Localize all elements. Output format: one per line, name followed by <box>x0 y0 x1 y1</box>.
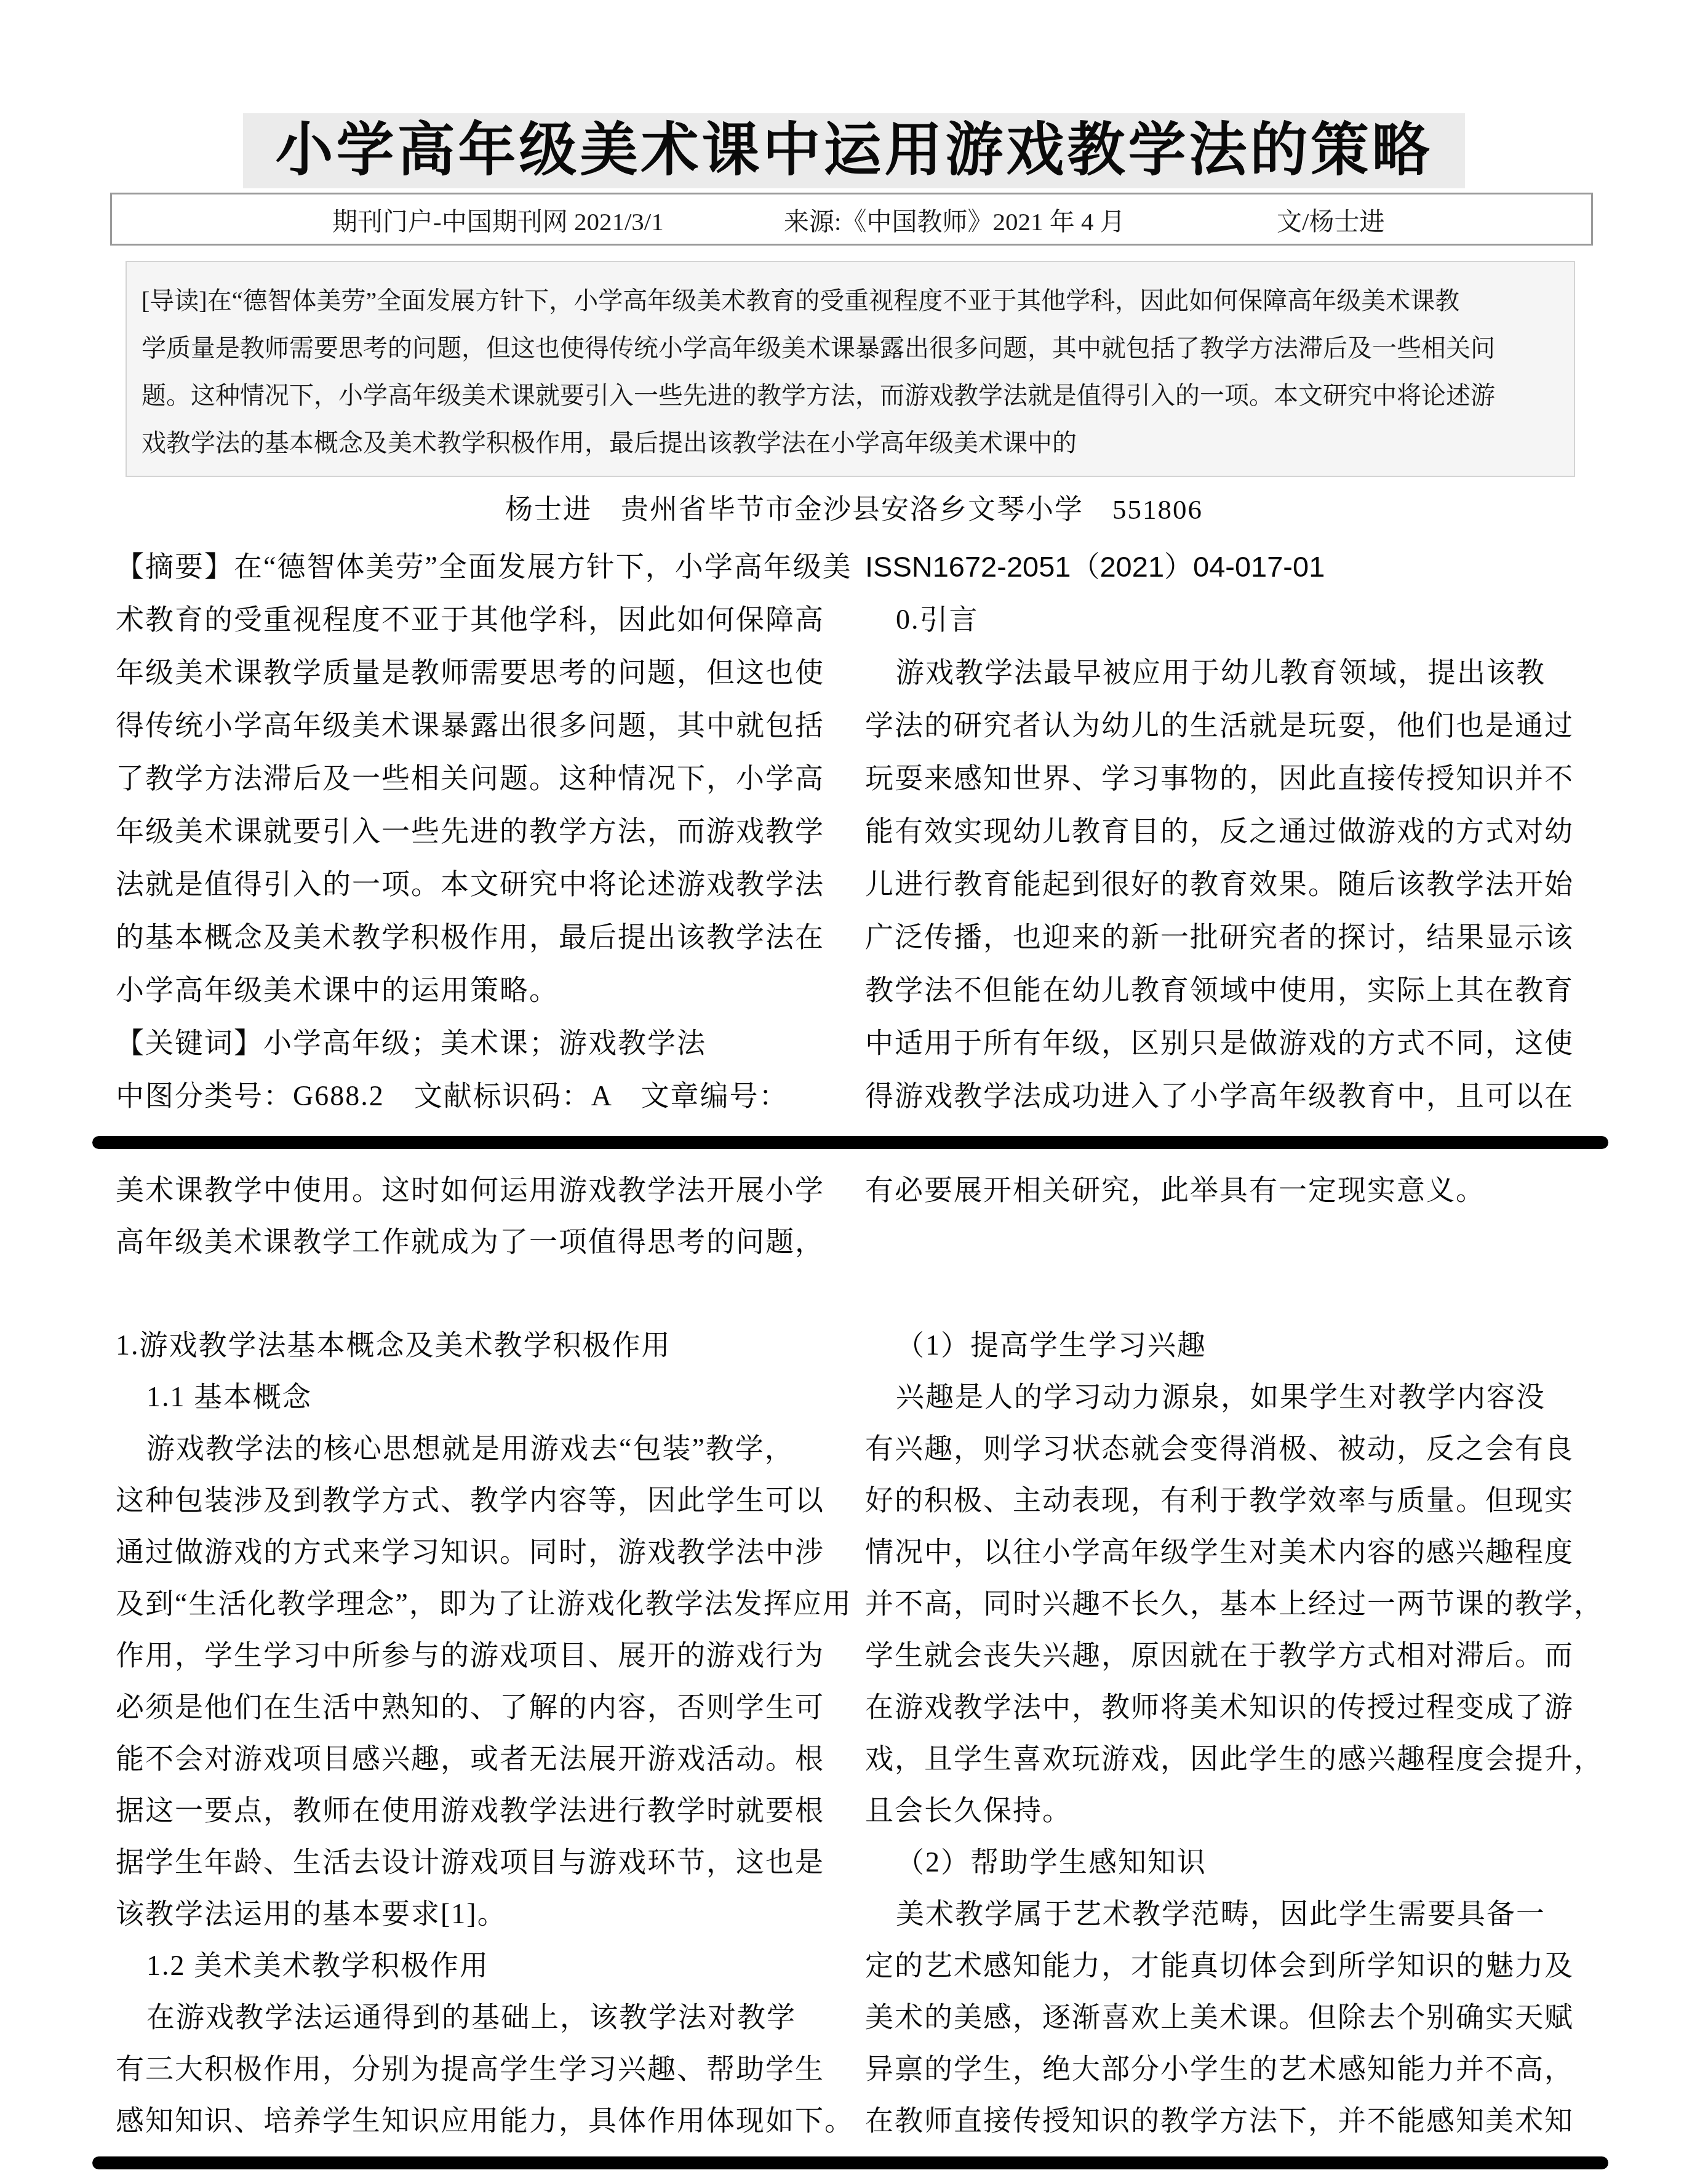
text-line: 在教师直接传授知识的教学方法下，并不能感知美术知 <box>865 2095 1592 2147</box>
text-line: 小学高年级美术课中的运用策略。 <box>116 964 843 1017</box>
text-line: [导读]在“德智体美劳”全面发展方针下，小学高年级美术教育的受重视程度不亚于其他… <box>142 277 1563 324</box>
text-line: 作用，学生学习中所参与的游戏项目、展开的游戏行为 <box>116 1630 843 1681</box>
text-line: 1.游戏教学法基本概念及美术教学积极作用 <box>116 1319 843 1371</box>
text-line: 必须是他们在生活中熟知的、了解的内容，否则学生可 <box>116 1681 843 1733</box>
text-line: 兴趣是人的学习动力源泉，如果学生对教学内容没 <box>865 1371 1592 1423</box>
text-line: 有三大积极作用，分别为提高学生学习兴趣、帮助学生 <box>116 2043 843 2095</box>
column-left-bottom: 美术课教学中使用。这时如何运用游戏教学法开展小学高年级美术课教学工作就成为了一项… <box>116 1164 843 2147</box>
text-line: 中适用于所有年级，区别只是做游戏的方式不同，这使 <box>865 1017 1592 1070</box>
text-line: 得游戏教学法成功进入了小学高年级教育中，且可以在 <box>865 1070 1592 1123</box>
text-line: 教学法不但能在幼儿教育领域中使用，实际上其在教育 <box>865 964 1592 1017</box>
text-line: 感知知识、培养学生知识应用能力，具体作用体现如下。 <box>116 2095 843 2147</box>
text-line: 美术教学属于艺术教学范畴，因此学生需要具备一 <box>865 1888 1592 1940</box>
text-line: 【摘要】在“德智体美劳”全面发展方针下，小学高年级美 <box>116 540 843 593</box>
text-line: 儿进行教育能起到很好的教育效果。随后该教学法开始 <box>865 858 1592 911</box>
text-line: 学法的研究者认为幼儿的生活就是玩耍，他们也是通过 <box>865 699 1592 752</box>
text-line: 学质量是教师需要思考的问题，但这也使得传统小学高年级美术课暴露出很多问题，其中就… <box>142 324 1563 372</box>
text-line: 美术的美感，逐渐喜欢上美术课。但除去个别确实天赋 <box>865 1992 1592 2043</box>
text-line: 在游戏教学法中，教师将美术知识的传授过程变成了游 <box>865 1681 1592 1733</box>
text-line: 广泛传播，也迎来的新一批研究者的探讨，结果显示该 <box>865 911 1592 964</box>
text-line: 1.1 基本概念 <box>116 1371 843 1423</box>
text-line: 【关键词】小学高年级；美术课；游戏教学法 <box>116 1017 843 1070</box>
title-row: 小学高年级美术课中运用游戏教学法的策略 <box>0 113 1708 188</box>
text-line: 戏教学法的基本概念及美术教学积极作用，最后提出该教学法在小学高年级美术课中的 <box>142 419 1563 466</box>
text-line: （2）帮助学生感知知识 <box>865 1836 1592 1888</box>
text-line: 这种包装涉及到教学方式、教学内容等，因此学生可以 <box>116 1475 843 1526</box>
text-line: 法就是值得引入的一项。本文研究中将论述游戏教学法 <box>116 858 843 911</box>
text-line: 年级美术课教学质量是教师需要思考的问题，但这也使 <box>116 646 843 699</box>
content-section-top: 【摘要】在“德智体美劳”全面发展方针下，小学高年级美术教育的受重视程度不亚于其他… <box>116 540 1592 1123</box>
text-line: 题。这种情况下，小学高年级美术课就要引入一些先进的教学方法，而游戏教学法就是值得… <box>142 372 1563 419</box>
text-line: 术教育的受重视程度不亚于其他学科，因此如何保障高 <box>116 593 843 646</box>
section-divider-rule <box>92 1136 1608 1149</box>
text-line: 年级美术课就要引入一些先进的教学方法，而游戏教学 <box>116 805 843 858</box>
text-line: 通过做游戏的方式来学习知识。同时，游戏教学法中涉 <box>116 1526 843 1578</box>
text-line: 1.2 美术美术教学积极作用 <box>116 1940 843 1992</box>
text-line: 好的积极、主动表现，有利于教学效率与质量。但现实 <box>865 1475 1592 1526</box>
text-line: 在游戏教学法运通得到的基础上，该教学法对教学 <box>116 1992 843 2043</box>
content-section-bottom: 美术课教学中使用。这时如何运用游戏教学法开展小学高年级美术课教学工作就成为了一项… <box>116 1164 1592 2147</box>
column-right-bottom: 有必要展开相关研究，此举具有一定现实意义。 （1）提高学生学习兴趣兴趣是人的学习… <box>865 1164 1592 2147</box>
text-line: 据这一要点，教师在使用游戏教学法进行教学时就要根 <box>116 1785 843 1836</box>
text-line: 的基本概念及美术教学积极作用，最后提出该教学法在 <box>116 911 843 964</box>
text-line: 美术课教学中使用。这时如何运用游戏教学法开展小学 <box>116 1164 843 1216</box>
source-site: 期刊门户-中国期刊网 2021/3/1 <box>332 201 664 238</box>
text-line: 情况中，以往小学高年级学生对美术内容的感兴趣程度 <box>865 1526 1592 1578</box>
text-line: 学生就会丧失兴趣，原因就在于教学方式相对滞后。而 <box>865 1630 1592 1681</box>
lead-abstract-box: [导读]在“德智体美劳”全面发展方针下，小学高年级美术教育的受重视程度不亚于其他… <box>126 261 1575 477</box>
text-line: ISSN1672-2051（2021）04-017-01 <box>865 540 1592 593</box>
text-line: 异禀的学生，绝大部分小学生的艺术感知能力并不高， <box>865 2043 1592 2095</box>
text-line: 及到“生活化教学理念”，即为了让游戏化教学法发挥应用 <box>116 1578 843 1630</box>
text-line: 了教学方法滞后及一些相关问题。这种情况下，小学高 <box>116 752 843 805</box>
text-line: 高年级美术课教学工作就成为了一项值得思考的问题， <box>116 1216 843 1268</box>
text-line: 且会长久保持。 <box>865 1785 1592 1836</box>
source-author: 文/杨士进 <box>1277 201 1384 238</box>
text-line: 戏，且学生喜欢玩游戏，因此学生的感兴趣程度会提升， <box>865 1733 1592 1785</box>
text-line: 据学生年龄、生活去设计游戏项目与游戏环节，这也是 <box>116 1836 843 1888</box>
page-title: 小学高年级美术课中运用游戏教学法的策略 <box>243 113 1464 188</box>
text-line: 有兴趣，则学习状态就会变得消极、被动，反之会有良 <box>865 1423 1592 1475</box>
text-line: 能有效实现幼儿教育目的，反之通过做游戏的方式对幼 <box>865 805 1592 858</box>
text-line: 该教学法运用的基本要求[1]。 <box>116 1888 843 1940</box>
text-line: 得传统小学高年级美术课暴露出很多问题，其中就包括 <box>116 699 843 752</box>
text-line: 定的艺术感知能力，才能真切体会到所学知识的魅力及 <box>865 1940 1592 1992</box>
text-line: 并不高，同时兴趣不长久，基本上经过一两节课的教学， <box>865 1578 1592 1630</box>
text-line: 有必要展开相关研究，此举具有一定现实意义。 <box>865 1164 1592 1216</box>
column-right-top: ISSN1672-2051（2021）04-017-010.引言游戏教学法最早被… <box>865 540 1592 1123</box>
text-line: 玩耍来感知世界、学习事物的，因此直接传授知识并不 <box>865 752 1592 805</box>
journal-article-page: 小学高年级美术课中运用游戏教学法的策略 期刊门户-中国期刊网 2021/3/1 … <box>0 0 1708 2170</box>
text-line: 游戏教学法最早被应用于幼儿教育领域，提出该教 <box>865 646 1592 699</box>
author-affiliation: 杨士进 贵州省毕节市金沙县安洛乡文琴小学 551806 <box>0 491 1708 528</box>
source-bar: 期刊门户-中国期刊网 2021/3/1 来源:《中国教师》2021 年 4 月 … <box>110 193 1593 246</box>
page-bottom-rule <box>92 2156 1608 2169</box>
source-journal: 来源:《中国教师》2021 年 4 月 <box>784 201 1125 238</box>
text-line: （1）提高学生学习兴趣 <box>865 1319 1592 1371</box>
text-line: 中图分类号：G688.2 文献标识码：A 文章编号： <box>116 1070 843 1123</box>
text-line: 能不会对游戏项目感兴趣，或者无法展开游戏活动。根 <box>116 1733 843 1785</box>
column-left-top: 【摘要】在“德智体美劳”全面发展方针下，小学高年级美术教育的受重视程度不亚于其他… <box>116 540 843 1123</box>
text-line: 游戏教学法的核心思想就是用游戏去“包装”教学， <box>116 1423 843 1475</box>
text-line: 0.引言 <box>865 593 1592 646</box>
